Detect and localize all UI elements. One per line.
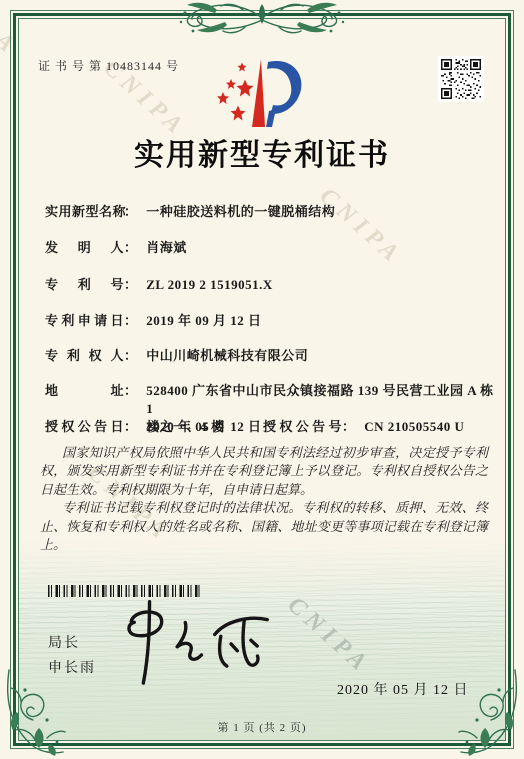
field-grant-date-and-number: 授权公告日： 2020 年 05 月 12 日 授权公告号： CN 210505… (45, 418, 488, 436)
field-label: 实用新型名称 (45, 203, 124, 221)
signer-name: 申长雨 (48, 656, 96, 681)
field-colon: ： (124, 418, 138, 436)
patent-certificate-page: CNIPA CNIPA CNIPA CNIPA CNIPA (0, 0, 524, 759)
field-inventor: 发明人： 肖海斌 (45, 239, 488, 257)
address-line-1: 528400 广东省中山市民众镇接福路 139 号民营工业园 A 栋 1 (146, 383, 493, 416)
field-label: 专利申请日 (45, 312, 124, 330)
field-label: 地址 (45, 382, 124, 400)
field-label: 专利号 (45, 276, 124, 294)
logo-stars (217, 63, 254, 121)
field-filing-date: 专利申请日： 2019 年 09 月 12 日 (45, 312, 488, 330)
cnipa-watermark: CNIPA (314, 183, 408, 271)
floral-ornament-top (157, 0, 367, 40)
field-colon: ： (124, 239, 138, 257)
field-patent-number: 专利号： ZL 2019 2 1519051.X (45, 276, 488, 294)
field-value: 2019 年 09 月 12 日 (146, 312, 261, 330)
field-colon: ： (124, 382, 138, 400)
field-label: 专利权人 (45, 347, 124, 365)
handwritten-signature (116, 592, 284, 693)
field-value: 2020 年 05 月 12 日 (146, 418, 261, 436)
legal-paragraph-1: 国家知识产权局依照中华人民共和国专利法经过初步审查，决定授予专利权，颁发实用新型… (40, 444, 488, 499)
certificate-title: 实用新型专利证书 (0, 130, 524, 174)
field-colon: ： (124, 312, 138, 330)
signer-title: 局长 (48, 631, 96, 656)
qr-code (438, 56, 484, 102)
legal-paragraph-2: 专利证书记载专利权登记时的法律状况。专利权的转移、质押、无效、终止、恢复和专利权… (40, 499, 488, 554)
page-indicator: 第 1 页 (共 2 页) (0, 719, 524, 735)
logo-blue-p (267, 61, 301, 114)
signer-block: 局长 申长雨 (48, 631, 96, 681)
field-grant-number: 授权公告号： CN 210505540 U (263, 418, 464, 436)
field-colon: ： (342, 418, 356, 436)
certificate-number: 证 书 号 第 10483144 号 (38, 57, 179, 74)
field-label: 授权公告日 (45, 418, 124, 436)
cnipa-logo (208, 56, 312, 130)
issue-date: 2020 年 05 月 12 日 (337, 679, 469, 699)
field-value: 肖海斌 (146, 239, 187, 257)
field-utility-model-name: 实用新型名称： 一种硅胶送料机的一键脱桶结构 (45, 203, 488, 221)
field-label: 发明人 (45, 239, 124, 257)
legal-text: 国家知识产权局依照中华人民共和国专利法经过初步审查，决定授予专利权，颁发实用新型… (40, 444, 488, 554)
field-patentee: 专利权人： 中山川崎机械科技有限公司 (45, 347, 488, 365)
logo-blue-tail (266, 109, 276, 127)
logo-red-wedge (252, 59, 265, 127)
field-value: CN 210505540 U (364, 418, 464, 436)
field-colon: ： (124, 276, 138, 294)
field-label: 授权公告号 (263, 418, 342, 436)
field-colon: ： (124, 347, 138, 365)
field-value: 中山川崎机械科技有限公司 (146, 347, 308, 365)
cnipa-watermark: CNIPA (0, 0, 23, 62)
field-value: ZL 2019 2 1519051.X (146, 276, 273, 294)
field-value: 一种硅胶送料机的一键脱桶结构 (146, 203, 335, 221)
field-colon: ： (124, 203, 138, 221)
floral-ornament-bottom-left (3, 668, 67, 756)
